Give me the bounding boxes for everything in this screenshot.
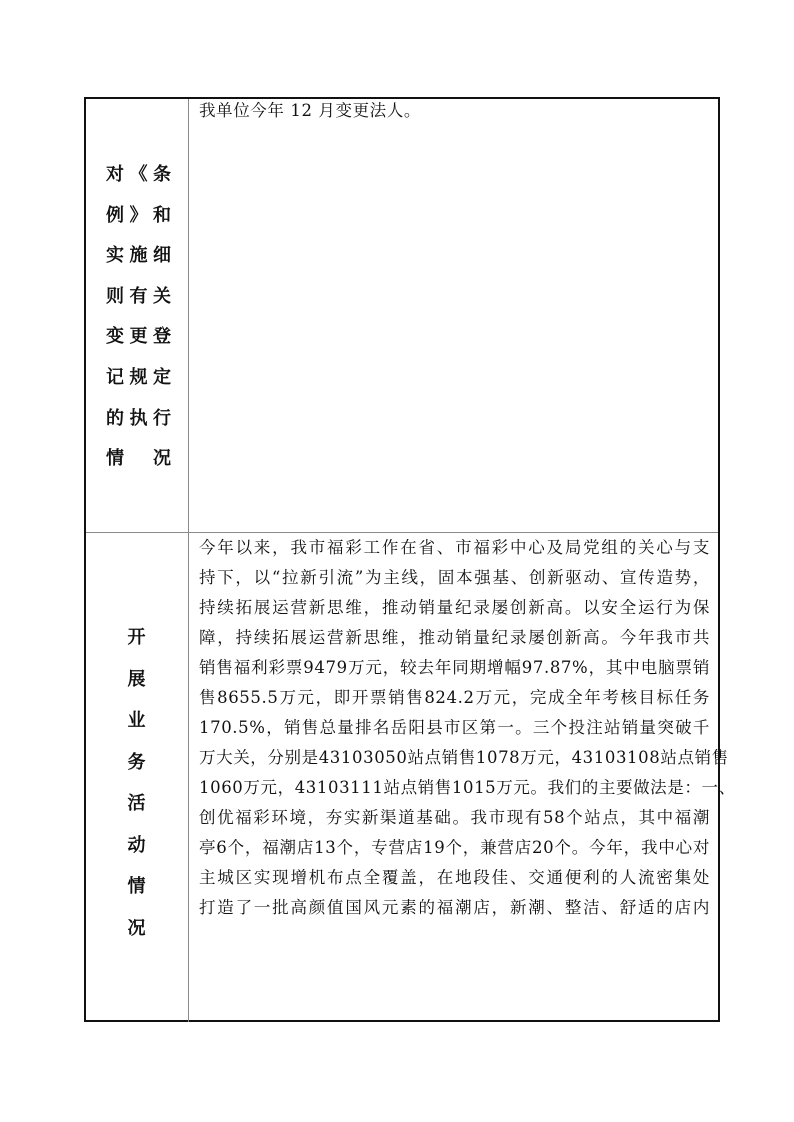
label-line: 实施细 [86,236,188,277]
business-activities-content: 今年以来，我市福彩工作在省、市福彩中心及局党组的关心与支 持下，以“拉新引流”为… [199,533,710,923]
content-line: 创优福彩环境，夯实新渠道基础。我市现有58个站点，其中福潮 [199,803,710,833]
label-line: 情 [86,866,188,908]
row-label-cell: 对《条 例》和 实施细 则有关 变更登 记规定 的执行 情 况 [86,99,189,532]
registration-report-table: 对《条 例》和 实施细 则有关 变更登 记规定 的执行 情 况 我单位今年 12… [84,97,720,1022]
table-row-change-registration: 对《条 例》和 实施细 则有关 变更登 记规定 的执行 情 况 我单位今年 12… [86,99,718,533]
label-line: 情 况 [86,439,188,480]
row-label-change-registration: 对《条 例》和 实施细 则有关 变更登 记规定 的执行 情 况 [86,155,188,480]
content-line: 障，持续拓展运营新思维，推动销量纪录屡创新高。今年我市共 [199,623,710,653]
content-line: 打造了一批高颜值国风元素的福潮店，新潮、整洁、舒适的店内 [199,893,710,923]
content-line: 主城区实现增机布点全覆盖，在地段佳、交通便利的人流密集处 [199,863,710,893]
row-content-cell: 我单位今年 12 月变更法人。 [189,99,718,532]
label-line: 对《条 [86,155,188,196]
label-line: 展 [86,659,188,701]
content-line: 持续拓展运营新思维，推动销量纪录屡创新高。以安全运行为保 [199,593,710,623]
table-row-business-activities: 开 展 业 务 活 动 情 况 今年以来，我市福彩工作在省、市福彩中心及局党组的… [86,533,718,1022]
label-line: 务 [86,742,188,784]
change-registration-content: 我单位今年 12 月变更法人。 [199,99,710,123]
content-line: 亭6个，福潮店13个，专营店19个，兼营店20个。今年，我中心对 [199,833,710,863]
label-line: 况 [86,908,188,950]
content-line: 销售福利彩票9479万元，较去年同期增幅97.87%，其中电脑票销 [199,653,710,683]
row-content-cell: 今年以来，我市福彩工作在省、市福彩中心及局党组的关心与支 持下，以“拉新引流”为… [189,533,718,1022]
label-line: 则有关 [86,277,188,318]
content-line: 1060万元，43103111站点销售1015万元。我们的主要做法是：一、 [199,773,710,803]
label-line: 变更登 [86,317,188,358]
content-line: 今年以来，我市福彩工作在省、市福彩中心及局党组的关心与支 [199,533,710,563]
content-line: 售8655.5万元，即开票销售824.2万元，完成全年考核目标任务 [199,683,710,713]
row-label-cell: 开 展 业 务 活 动 情 况 [86,533,189,1022]
content-line: 万大关，分别是43103050站点销售1078万元，43103108站点销售 [199,743,710,773]
label-line: 动 [86,825,188,867]
row-label-business-activities: 开 展 业 务 活 动 情 况 [86,617,188,949]
content-line: 持下，以“拉新引流”为主线，固本强基、创新驱动、宣传造势， [199,563,710,593]
content-line: 170.5%，销售总量排名岳阳县市区第一。三个投注站销量突破千 [199,713,710,743]
label-line: 活 [86,783,188,825]
label-line: 业 [86,700,188,742]
label-line: 例》和 [86,196,188,237]
label-line: 的执行 [86,399,188,440]
label-line: 开 [86,617,188,659]
label-line: 记规定 [86,358,188,399]
